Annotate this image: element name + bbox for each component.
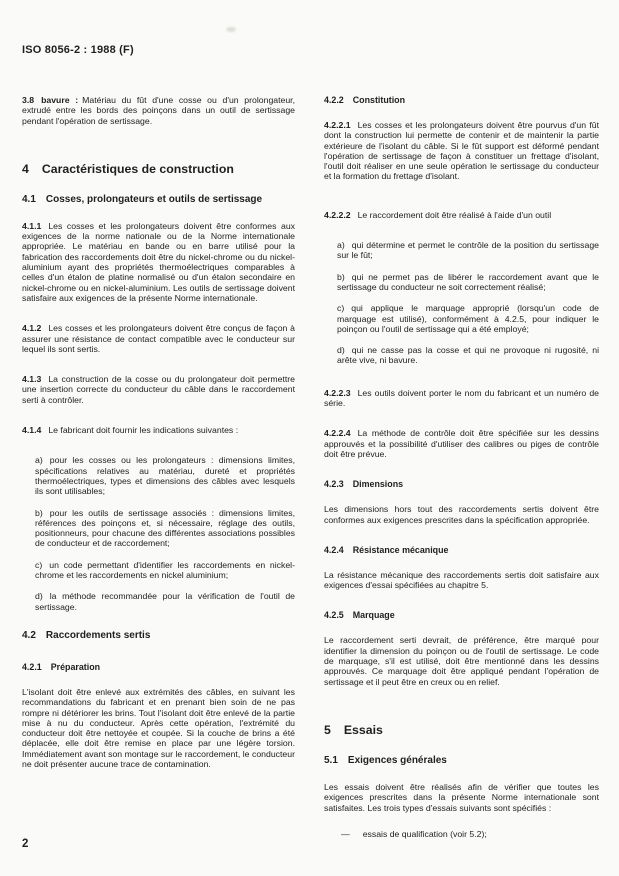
item-marker: c) xyxy=(35,560,49,570)
item-text: essais de qualification (voir 5.2); xyxy=(363,829,487,839)
right-column: 4.2.2Constitution 4.2.2.1Les cosses et l… xyxy=(324,95,599,839)
page-number: 2 xyxy=(22,838,28,850)
list-item-d: d)qui ne casse pas la cosse et qui ne pr… xyxy=(337,345,599,366)
clause-4-1-2: 4.1.2Les cosses et les prolongateurs doi… xyxy=(22,323,295,354)
clause-number: 4.2.2.1 xyxy=(324,120,358,130)
heading-title: Préparation xyxy=(51,662,100,672)
paragraph-text: La résistance mécanique des raccordement… xyxy=(324,570,599,590)
item-text: pour les outils de sertissage associés :… xyxy=(35,508,295,549)
clause-text: Le fabricant doit fournir les indication… xyxy=(48,425,238,435)
heading-number: 4.1 xyxy=(22,194,46,205)
heading-title: Résistance mécanique xyxy=(353,545,449,555)
heading-number: 4.2 xyxy=(22,630,46,641)
clause-4-2-2-4: 4.2.2.4La méthode de contrôle doit être … xyxy=(324,428,599,459)
heading-title: Essais xyxy=(344,723,383,737)
two-column-layout: 3.8bavure :Matériau du fût d'une cosse o… xyxy=(22,95,599,839)
item-marker: c) xyxy=(337,303,351,313)
clause-4-2-2-3: 4.2.2.3Les outils doivent porter le nom … xyxy=(324,388,599,409)
clause-text: Les outils doivent porter le nom du fabr… xyxy=(324,388,599,408)
heading-title: Constitution xyxy=(353,95,405,105)
list-item-c: c)qui applique le marquage approprié (lo… xyxy=(337,303,599,334)
heading-4-2-4: 4.2.4Résistance mécanique xyxy=(324,545,599,556)
paragraph-4-2-4: La résistance mécanique des raccordement… xyxy=(324,570,599,591)
paragraph-text: L'isolant doit être enlevé aux extrémité… xyxy=(22,687,295,769)
definition-3-8: 3.8bavure :Matériau du fût d'une cosse o… xyxy=(22,95,295,126)
heading-title: Dimensions xyxy=(353,479,403,489)
clause-number: 4.1.4 xyxy=(22,425,48,435)
paragraph-text: Le raccordement serti devrait, de préfér… xyxy=(324,635,599,686)
heading-title: Raccordements sertis xyxy=(46,630,151,641)
item-text: qui applique le marquage approprié (lors… xyxy=(337,303,599,334)
item-marker: b) xyxy=(35,508,50,518)
clause-number: 3.8 xyxy=(22,95,41,105)
dash-list-item-qualification: —essais de qualification (voir 5.2); xyxy=(341,829,599,839)
heading-number: 4.2.1 xyxy=(22,662,51,672)
item-marker: b) xyxy=(337,272,352,282)
paragraph-4-2-3: Les dimensions hors tout des raccordemen… xyxy=(324,504,599,525)
clause-number: 4.2.2.3 xyxy=(324,388,358,398)
heading-5-1: 5.1Exigences générales xyxy=(324,755,599,767)
heading-title: Marquage xyxy=(353,610,395,620)
item-marker: d) xyxy=(35,591,50,601)
clause-text: Les cosses et les prolongateurs doivent … xyxy=(22,221,295,303)
heading-title: Cosses, prolongateurs et outils de serti… xyxy=(46,194,262,205)
item-text: qui ne casse pas la cosse et qui ne prov… xyxy=(337,345,599,365)
paragraph-text: Les essais doivent être réalisés afin de… xyxy=(324,782,599,813)
heading-number: 4.2.2 xyxy=(324,95,353,105)
heading-title: Caractéristiques de construction xyxy=(42,162,234,176)
item-text: pour les cosses ou les prolongateurs : d… xyxy=(35,455,295,496)
clause-text: Les cosses et les prolongateurs doivent … xyxy=(22,323,295,354)
clause-number: 4.1.3 xyxy=(22,374,48,384)
heading-number: 5 xyxy=(324,723,344,737)
item-text: qui détermine et permet le contrôle de l… xyxy=(337,240,599,260)
list-item-d: d)la méthode recommandée pour la vérific… xyxy=(35,591,295,612)
clause-text: Les cosses et les prolongateurs doivent … xyxy=(324,120,599,181)
heading-number: 4.2.4 xyxy=(324,545,353,555)
heading-4-2-2: 4.2.2Constitution xyxy=(324,95,599,106)
item-marker: a) xyxy=(35,455,50,465)
clause-number: 4.1.2 xyxy=(22,323,48,333)
clause-text: La méthode de contrôle doit être spécifi… xyxy=(324,428,599,459)
dash-marker: — xyxy=(341,829,363,839)
defined-term: bavure : xyxy=(41,95,82,105)
item-marker: a) xyxy=(337,240,352,250)
list-item-c: c)un code permettant d'identifier les ra… xyxy=(35,560,295,581)
clause-4-1-3: 4.1.3La construction de la cosse ou du p… xyxy=(22,374,295,405)
heading-5: 5Essais xyxy=(324,723,599,737)
clause-text: La construction de la cosse ou du prolon… xyxy=(22,374,295,405)
item-text: la méthode recommandée pour la vérificat… xyxy=(35,591,295,611)
clause-number: 4.2.2.2 xyxy=(324,210,358,220)
list-item-b: b)qui ne permet pas de libérer le raccor… xyxy=(337,272,599,293)
heading-4-2-3: 4.2.3Dimensions xyxy=(324,479,599,490)
scan-smudge xyxy=(226,27,236,32)
left-column: 3.8bavure :Matériau du fût d'une cosse o… xyxy=(22,95,295,839)
list-item-a: a)qui détermine et permet le contrôle de… xyxy=(337,240,599,261)
clause-text: Le raccordement doit être réalisé à l'ai… xyxy=(358,210,552,220)
list-item-a: a)pour les cosses ou les prolongateurs :… xyxy=(35,455,295,496)
heading-4: 4Caractéristiques de construction xyxy=(22,162,295,176)
document-reference-header: ISO 8056-2 : 1988 (F) xyxy=(22,44,134,56)
clause-4-2-2-2: 4.2.2.2Le raccordement doit être réalisé… xyxy=(324,210,599,220)
item-text: un code permettant d'identifier les racc… xyxy=(35,560,295,580)
paragraph-5-1: Les essais doivent être réalisés afin de… xyxy=(324,782,599,813)
heading-title: Exigences générales xyxy=(348,755,447,766)
scanned-document-page: ISO 8056-2 : 1988 (F) 3.8bavure :Matéria… xyxy=(0,0,619,876)
heading-4-2-5: 4.2.5Marquage xyxy=(324,610,599,621)
clause-number: 4.2.2.4 xyxy=(324,428,358,438)
clause-4-1-4: 4.1.4Le fabricant doit fournir les indic… xyxy=(22,425,295,435)
clause-number: 4.1.1 xyxy=(22,221,48,231)
item-marker: d) xyxy=(337,345,352,355)
heading-number: 5.1 xyxy=(324,755,348,766)
paragraph-4-2-1: L'isolant doit être enlevé aux extrémité… xyxy=(22,687,295,769)
paragraph-text: Les dimensions hors tout des raccordemen… xyxy=(324,504,599,524)
heading-number: 4.2.5 xyxy=(324,610,353,620)
item-text: qui ne permet pas de libérer le raccorde… xyxy=(337,272,599,292)
list-item-b: b)pour les outils de sertissage associés… xyxy=(35,508,295,549)
heading-4-2-1: 4.2.1Préparation xyxy=(22,662,295,673)
heading-number: 4.2.3 xyxy=(324,479,353,489)
paragraph-4-2-5: Le raccordement serti devrait, de préfér… xyxy=(324,635,599,686)
clause-4-2-2-1: 4.2.2.1Les cosses et les prolongateurs d… xyxy=(324,120,599,182)
heading-number: 4 xyxy=(22,162,42,176)
heading-4-1: 4.1Cosses, prolongateurs et outils de se… xyxy=(22,194,295,206)
heading-4-2: 4.2Raccordements sertis xyxy=(22,630,295,642)
clause-4-1-1: 4.1.1Les cosses et les prolongateurs doi… xyxy=(22,221,295,303)
